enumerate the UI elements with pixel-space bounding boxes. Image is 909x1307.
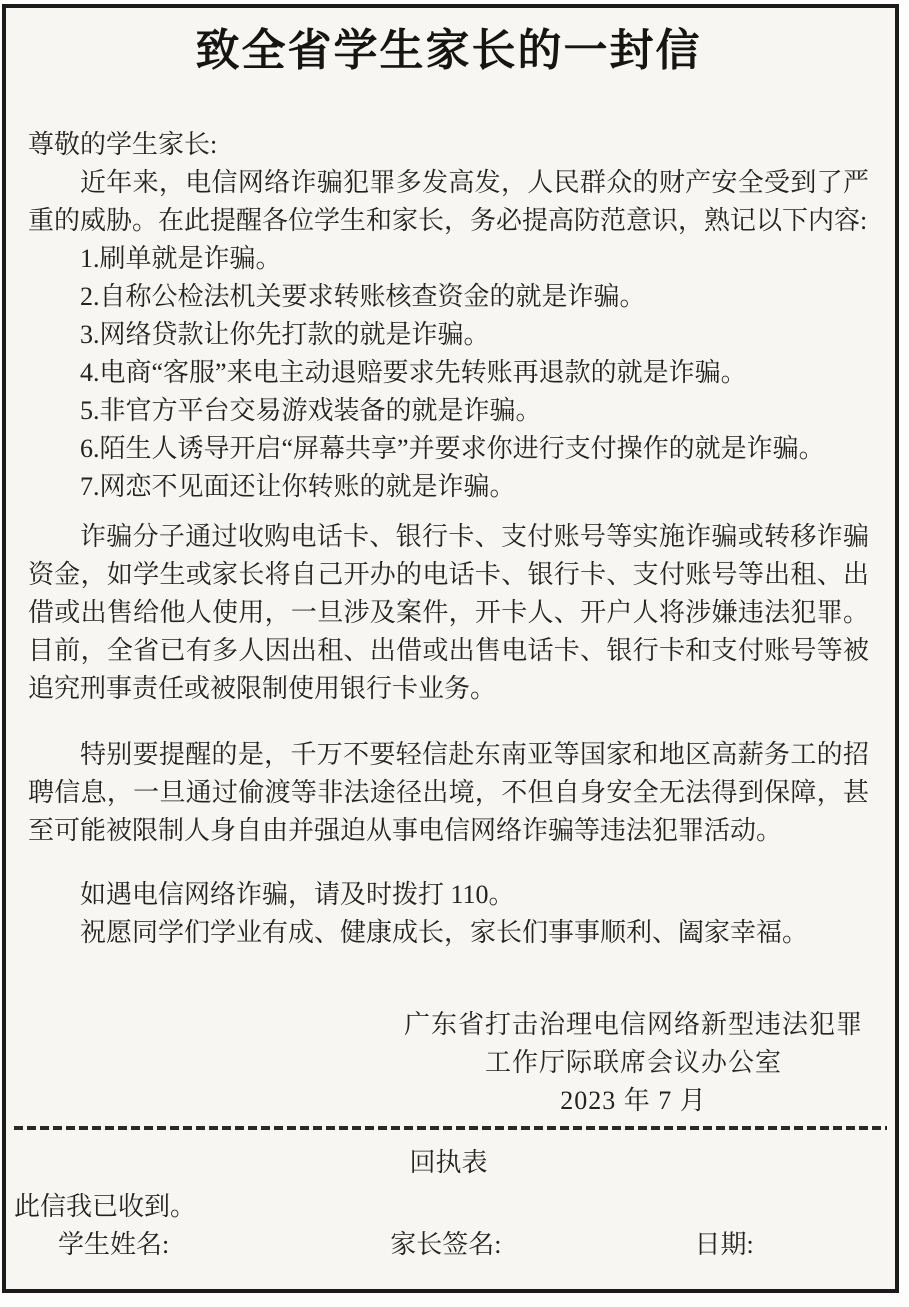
list-item-3: 3.网络贷款让你先打款的就是诈骗。 [28, 316, 869, 354]
list-item-5: 5.非官方平台交易游戏装备的就是诈骗。 [28, 392, 869, 430]
list-item-1: 1.刷单就是诈骗。 [28, 240, 869, 278]
date-label: 日期: [694, 1226, 753, 1264]
signature-date: 2023 年 7 月 [404, 1082, 863, 1120]
salutation: 尊敬的学生家长: [28, 126, 869, 164]
cut-dashed-divider [14, 1126, 887, 1130]
signature-org-line1: 广东省打击治理电信网络新型违法犯罪 [404, 1006, 863, 1044]
list-item-7: 7.网恋不见面还让你转账的就是诈骗。 [28, 468, 869, 506]
receipt-received-note: 此信我已收到。 [14, 1188, 869, 1226]
letter-page: 致全省学生家长的一封信 尊敬的学生家长: 近年来，电信网络诈骗犯罪多发高发，人民… [2, 4, 899, 1293]
page-title: 致全省学生家长的一封信 [28, 26, 869, 76]
paragraph-intro: 近年来，电信网络诈骗犯罪多发高发，人民群众的财产安全受到了严重的威胁。在此提醒各… [28, 164, 869, 240]
list-item-6: 6.陌生人诱导开启“屏幕共享”并要求你进行支付操作的就是诈骗。 [28, 430, 869, 468]
parent-signature-label: 家长签名: [390, 1226, 501, 1264]
paragraph-overseas-warning: 特别要提醒的是，千万不要轻信赴东南亚等国家和地区高薪务工的招聘信息，一旦通过偷渡… [28, 736, 869, 850]
student-name-label: 学生姓名: [58, 1226, 169, 1264]
emergency-call-line: 如遇电信网络诈骗，请及时拨打 110。 [28, 876, 869, 914]
receipt-title: 回执表 [28, 1144, 869, 1182]
list-item-2: 2.自称公检法机关要求转账核查资金的就是诈骗。 [28, 278, 869, 316]
list-item-4: 4.电商“客服”来电主动退赔要求先转账再退款的就是诈骗。 [28, 354, 869, 392]
paragraph-card-warning: 诈骗分子通过收购电话卡、银行卡、支付账号等实施诈骗或转移诈骗资金，如学生或家长将… [28, 518, 869, 708]
wish-line: 祝愿同学们学业有成、健康成长，家长们事事顺利、阖家幸福。 [28, 914, 869, 952]
signature-block: 广东省打击治理电信网络新型违法犯罪 工作厅际联席会议办公室 2023 年 7 月 [404, 1006, 863, 1120]
fraud-type-list: 1.刷单就是诈骗。 2.自称公检法机关要求转账核查资金的就是诈骗。 3.网络贷款… [28, 240, 869, 506]
signature-org-line2: 工作厅际联席会议办公室 [404, 1044, 863, 1082]
receipt-fields-row: 学生姓名: 家长签名: 日期: [28, 1226, 869, 1264]
